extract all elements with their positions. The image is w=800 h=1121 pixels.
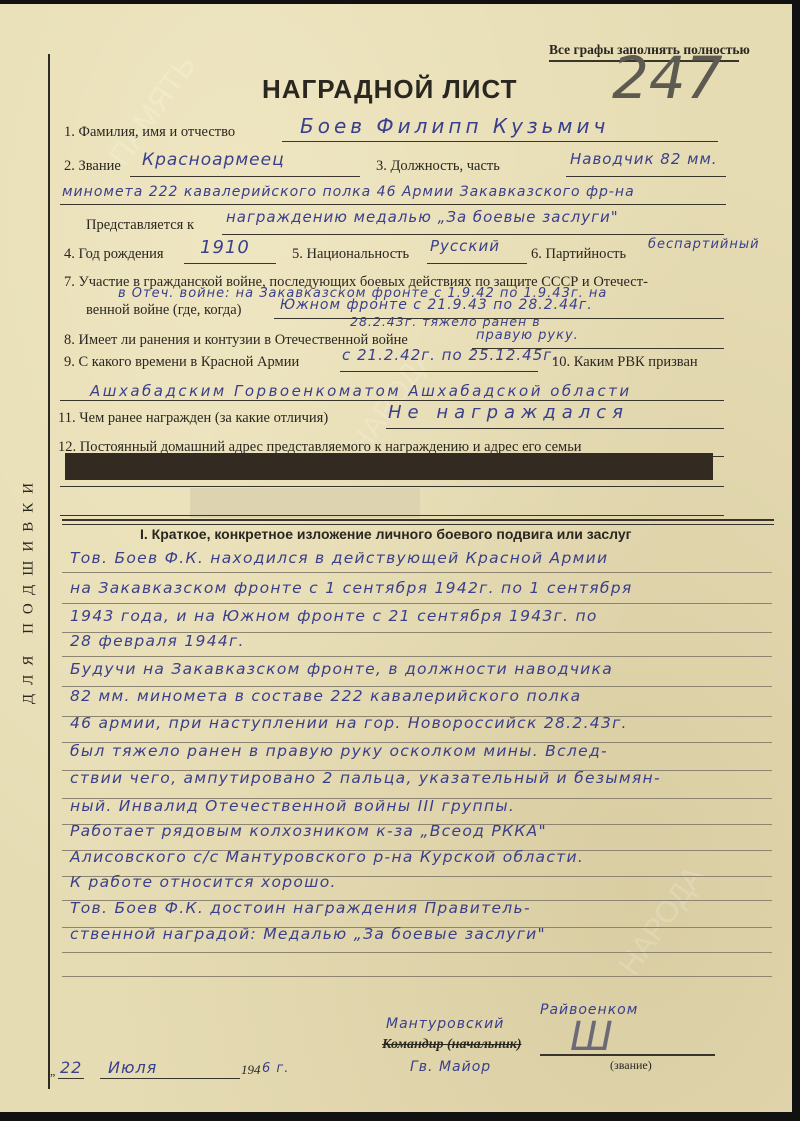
date-day: 22 <box>60 1058 82 1077</box>
section-1-line: Тов. Боев Ф.К. достоин награждения Прави… <box>70 899 531 917</box>
field-8-value-2: правую руку. <box>476 328 579 343</box>
award-sheet-document: ПАМЯТЬ НАРОДА НАРОДА ДЛЯ ПОДШИВКИ Все гр… <box>0 4 792 1112</box>
binding-margin-line <box>48 54 50 1089</box>
date-open-quote: „ <box>50 1064 55 1079</box>
field-5-label: 5. Национальность <box>292 246 409 263</box>
binding-side-label: ДЛЯ ПОДШИВКИ <box>14 424 44 754</box>
section-1-line: 1943 года, и на Южном фронте с 21 сентяб… <box>70 607 598 625</box>
field-4-label: 4. Год рождения <box>64 246 164 263</box>
section-1-line: 46 армии, при наступлении на гор. Новоро… <box>70 714 628 732</box>
field-12-line-3 <box>60 515 724 516</box>
field-8-value-1: 28.2.43г. тяжело ранен в <box>350 314 541 329</box>
field-7-value-2: Южном фронте с 21.9.43 по 28.2.44г. <box>280 297 593 313</box>
field-4-value: 1910 <box>200 237 250 258</box>
field-5-line <box>427 263 527 264</box>
section-1-line: Работает рядовым колхозником к-за „Всеод… <box>70 822 547 840</box>
field-2-line <box>130 176 360 177</box>
field-2-value: Красноармеец <box>142 150 285 170</box>
signature-line <box>540 1054 715 1056</box>
section-1-line: Тов. Боев Ф.К. находился в действующей К… <box>70 549 608 567</box>
field-3-line-2 <box>60 204 726 205</box>
field-1-value: Боев Филипп Кузьмич <box>300 114 609 138</box>
section-1-line: ный. Инвалид Отечественной войны III гру… <box>70 797 515 815</box>
date-year-prefix: 194 <box>241 1062 261 1078</box>
date-day-line <box>58 1078 84 1079</box>
field-4-line <box>184 263 276 264</box>
field-11-line <box>386 428 724 429</box>
section-1-line: был тяжело ранен в правую руку осколком … <box>70 742 608 760</box>
signature: Ш <box>570 1014 613 1060</box>
redacted-address <box>65 453 713 480</box>
field-5-value: Русский <box>430 237 500 255</box>
field-2-label: 2. Звание <box>64 158 121 175</box>
field-3-value-continued: миномета 222 кавалерийского полка 46 Арм… <box>62 184 635 200</box>
field-7-label-2: венной войне (где, когда) <box>86 302 241 319</box>
pencil-mark: 247 <box>612 44 723 112</box>
field-11-label: 11. Чем ранее награжден (за какие отличи… <box>58 410 328 427</box>
field-1-line <box>282 141 718 142</box>
section-1-line: Будучи на Закавказском фронте, в должнос… <box>70 660 613 678</box>
field-6-label: 6. Партийность <box>531 246 626 263</box>
date-month: Июля <box>108 1058 157 1077</box>
field-3-value: Наводчик 82 мм. <box>570 150 718 168</box>
field-10-line <box>60 400 724 401</box>
presented-line <box>222 234 724 235</box>
section-1-line: Алисовского с/с Мантуровского р-на Курск… <box>70 848 584 866</box>
field-9-value: с 21.2.42г. по 25.12.45г. <box>342 346 558 364</box>
document-title: НАГРАДНОЙ ЛИСТ <box>262 74 517 105</box>
section-1-line: ствии чего, ампутировано 2 пальца, указа… <box>70 769 661 787</box>
section-1-line: 82 мм. миномета в составе 222 кавалерийс… <box>70 687 581 705</box>
commander-label: Командир (начальник) <box>382 1037 522 1053</box>
field-9-label: 9. С какого времени в Красной Армии <box>64 354 299 371</box>
section-divider <box>62 519 774 525</box>
signer-office: Мантуровский <box>386 1016 504 1032</box>
field-3-line <box>566 176 726 177</box>
date-month-line <box>100 1078 240 1079</box>
section-1-line: ственной наградой: Медалью „За боевые за… <box>70 925 546 943</box>
signer-rank: Гв. Майор <box>410 1059 491 1075</box>
field-12-line-2 <box>60 486 724 487</box>
section-1-line: К работе относится хорошо. <box>70 873 337 891</box>
field-1-label: 1. Фамилия, имя и отчество <box>64 124 235 141</box>
presented-label: Представляется к <box>86 217 194 234</box>
date-year-suffix: 6 г. <box>262 1061 289 1076</box>
rank-caption: (звание) <box>610 1058 652 1073</box>
field-10-label: 10. Каким РВК призван <box>552 354 698 371</box>
field-6-value: беспартийный <box>648 237 760 252</box>
section-1-line: 28 февраля 1944г. <box>70 632 245 650</box>
redacted-address-2 <box>190 488 420 518</box>
section-1-line: на Закавказском фронте с 1 сентября 1942… <box>70 579 633 597</box>
field-3-label: 3. Должность, часть <box>376 158 500 175</box>
presented-value: награждению медалью „За боевые заслуги" <box>226 208 619 226</box>
field-11-value: Не награждался <box>388 402 629 423</box>
field-10-value: Ашхабадским Горвоенкоматом Ашхабадской о… <box>90 382 632 400</box>
section-1-heading: I. Краткое, конкретное изложение личного… <box>140 526 631 542</box>
field-9-line <box>340 371 538 372</box>
watermark: НАРОДА <box>613 860 712 981</box>
